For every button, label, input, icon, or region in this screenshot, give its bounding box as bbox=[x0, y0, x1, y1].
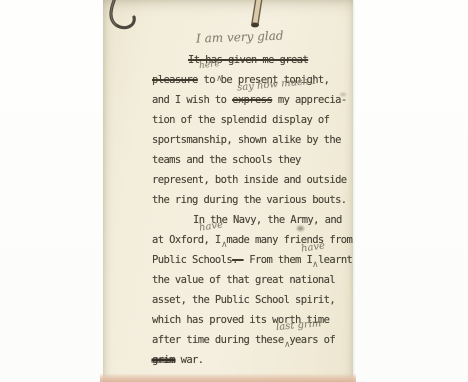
fastener-hook-icon bbox=[111, 0, 134, 28]
typed-segment-struck: express bbox=[232, 94, 272, 106]
typed-segment-typed: after time during these years of bbox=[152, 334, 335, 346]
typed-segment-typed: asset, the Public School spirit, bbox=[152, 294, 335, 306]
typed-text-block: It has given me greatpleasure to be pres… bbox=[152, 50, 362, 370]
typed-segment-typed: the ring during the various bouts. bbox=[152, 194, 347, 206]
fastener-pin-icon bbox=[251, 0, 262, 27]
typed-line: Public Schools.- From them I learnt bbox=[152, 250, 362, 270]
typed-segment-typed: war. bbox=[175, 354, 204, 366]
typed-line: represent, both inside and outside bbox=[152, 170, 362, 190]
typed-line: sportsmanship, shown alike by the bbox=[152, 130, 362, 150]
typed-line: and I wish to express my apprecia- bbox=[152, 90, 362, 110]
typed-line: asset, the Public School spirit, bbox=[152, 290, 362, 310]
caret-mark: ∧ bbox=[216, 75, 223, 84]
typed-segment-typed: the value of that great national bbox=[152, 274, 335, 286]
typed-segment-typed: Public Schools bbox=[152, 254, 232, 266]
typed-segment-struck: .- bbox=[232, 254, 243, 266]
caret-mark: ∧ bbox=[284, 341, 291, 350]
typed-segment-typed: my apprecia- bbox=[272, 94, 346, 106]
typed-segment-obliterated: grim bbox=[152, 354, 175, 366]
typed-line: teams and the schools they bbox=[152, 150, 362, 170]
typed-segment-typed: sportsmanship, shown alike by the bbox=[152, 134, 341, 146]
typed-line: grim war. bbox=[152, 350, 362, 370]
typed-segment-typed: teams and the schools they bbox=[152, 154, 301, 166]
typed-segment-typed: tion of the splendid display of bbox=[152, 114, 329, 126]
typed-segment-typed: represent, both inside and outside bbox=[152, 174, 347, 186]
typed-segment-typed: From them I learnt bbox=[244, 254, 353, 266]
paper-bottom-edge bbox=[100, 374, 356, 382]
typed-line: the value of that great national bbox=[152, 270, 362, 290]
typed-line: after time during these years of bbox=[152, 330, 362, 350]
typed-segment-typed: and I wish to bbox=[152, 94, 232, 106]
photo-of-document: It has given me greatpleasure to be pres… bbox=[0, 0, 468, 382]
caret-mark: ∧ bbox=[312, 261, 319, 270]
caret-mark: ∧ bbox=[221, 241, 228, 250]
ink-smudge bbox=[340, 93, 346, 96]
typed-line: the ring during the various bouts. bbox=[152, 190, 362, 210]
typed-segment-struck: pleasure bbox=[152, 74, 198, 86]
ink-smudge bbox=[297, 226, 304, 231]
typed-line: tion of the splendid display of bbox=[152, 110, 362, 130]
typed-line: at Oxford, I made many friends from bbox=[152, 230, 362, 250]
typed-line: which has proved its worth time bbox=[152, 310, 362, 330]
